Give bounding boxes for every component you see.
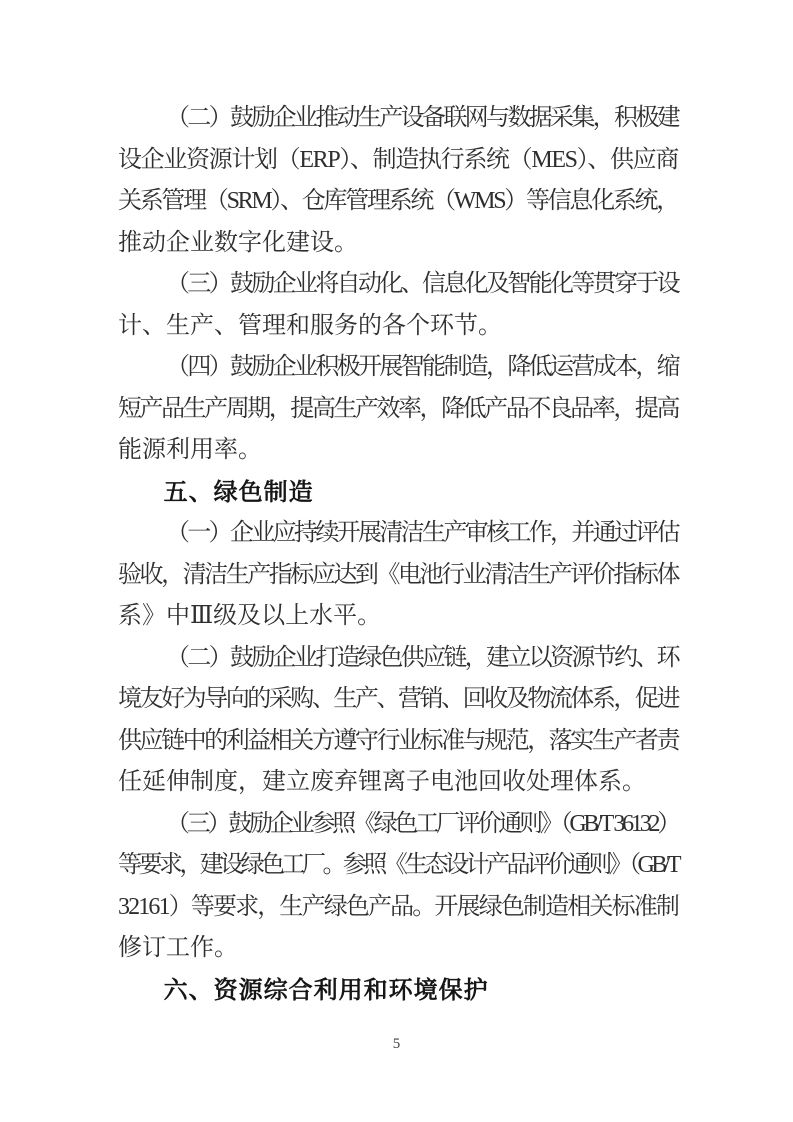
heading-line: 六、资源综合利用和环境保护 [118,970,678,1012]
text-line: （三）鼓励企业将自动化、信息化及智能化等贯穿于设 [118,264,678,306]
text-line: 等要求，建设绿色工厂。参照《生态设计产品评价通则》（GB/T [118,845,678,887]
document-page: （二）鼓励企业推动生产设备联网与数据采集，积极建设企业资源计划（ERP）、制造执… [0,0,793,1122]
paragraph-smart-manufacturing-4: （四）鼓励企业积极开展智能制造，降低运营成本，缩短产品生产周期，提高生产效率，降… [118,347,678,472]
text-line: 系》中Ⅲ级及以上水平。 [118,596,678,638]
paragraph-smart-manufacturing-2: （二）鼓励企业推动生产设备联网与数据采集，积极建设企业资源计划（ERP）、制造执… [118,98,678,264]
text-line: 供应链中的利益相关方遵守行业标准与规范，落实生产者责 [118,721,678,763]
document-body: （二）鼓励企业推动生产设备联网与数据采集，积极建设企业资源计划（ERP）、制造执… [118,98,678,1011]
text-line: 境友好为导向的采购、生产、营销、回收及物流体系，促进 [118,679,678,721]
text-line: （二）鼓励企业推动生产设备联网与数据采集，积极建 [118,98,678,140]
text-line: （一）企业应持续开展清洁生产审核工作，并通过评估 [118,513,678,555]
paragraph-green-2: （二）鼓励企业打造绿色供应链，建立以资源节约、环境友好为导向的采购、生产、营销、… [118,638,678,804]
section-heading-6: 六、资源综合利用和环境保护 [118,970,678,1012]
text-line: 关系管理（SRM）、仓库管理系统（WMS）等信息化系统， [118,181,678,223]
text-line: 32161）等要求，生产绿色产品。开展绿色制造相关标准制 [118,887,678,929]
text-line: 修订工作。 [118,928,678,970]
text-line: （二）鼓励企业打造绿色供应链，建立以资源节约、环 [118,638,678,680]
text-line: 推动企业数字化建设。 [118,223,678,265]
text-line: 能源利用率。 [118,430,678,472]
paragraph-green-1: （一）企业应持续开展清洁生产审核工作，并通过评估验收，清洁生产指标应达到《电池行… [118,513,678,638]
paragraph-green-3: （三）鼓励企业参照《绿色工厂评价通则》（GB/T 36132）等要求，建设绿色工… [118,804,678,970]
text-line: 设企业资源计划（ERP）、制造执行系统（MES）、供应商 [118,140,678,182]
text-line: 短产品生产周期，提高生产效率，降低产品不良品率，提高 [118,389,678,431]
section-heading-5: 五、绿色制造 [118,472,678,514]
text-line: 验收，清洁生产指标应达到《电池行业清洁生产评价指标体 [118,555,678,597]
paragraph-smart-manufacturing-3: （三）鼓励企业将自动化、信息化及智能化等贯穿于设计、生产、管理和服务的各个环节。 [118,264,678,347]
heading-line: 五、绿色制造 [118,472,678,514]
text-line: 计、生产、管理和服务的各个环节。 [118,306,678,348]
page-number: 5 [0,1034,793,1054]
text-line: （四）鼓励企业积极开展智能制造，降低运营成本，缩 [118,347,678,389]
text-line: （三）鼓励企业参照《绿色工厂评价通则》（GB/T 36132） [118,804,678,846]
text-line: 任延伸制度，建立废弃锂离子电池回收处理体系。 [118,762,678,804]
